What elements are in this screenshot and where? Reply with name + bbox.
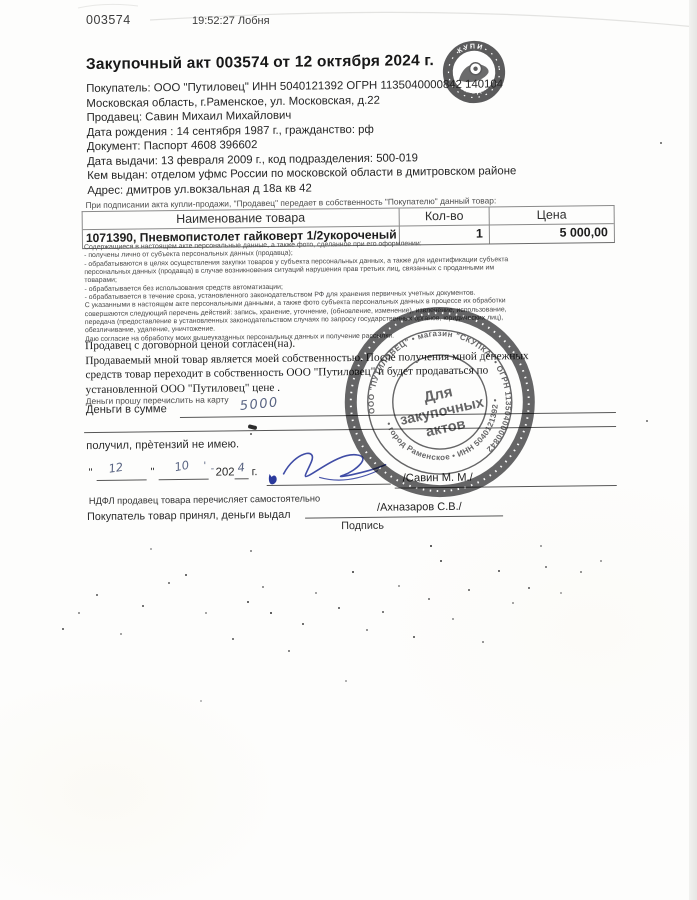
- quote-close: ": [151, 466, 155, 478]
- quote-open: ": [89, 467, 93, 479]
- month-underline: [159, 479, 209, 481]
- year-suffix: г.: [252, 466, 258, 478]
- pen-tick-1: ': [203, 461, 206, 472]
- ownership-line-3: установленной ООО "Путиловец" цене .: [86, 381, 281, 395]
- buyer-signature-line: [305, 515, 503, 518]
- received-line: получил, прѐтензий не имею.: [86, 438, 239, 452]
- passport-line: Документ: Паспорт 4608 396602: [87, 139, 258, 153]
- signature-caption: Подпись: [341, 520, 384, 532]
- page-edge-shadow: [689, 0, 697, 900]
- buyer-line: Покупатель: ООО "Путиловец" ИНН 50401213…: [86, 78, 503, 95]
- document-title: Закупочный акт 003574 от 12 октября 2024…: [86, 52, 434, 74]
- handwritten-year-digit: 4: [237, 460, 246, 475]
- birth-line: Дата рождения : 14 сентября 1987 г., гра…: [87, 123, 374, 138]
- issuer-line: Кем выдан: отделом уфмс России по москов…: [87, 165, 516, 182]
- ndfl-note: НДФЛ продавец товара перечисляет самосто…: [89, 493, 320, 506]
- document-body: Закупочный акт 003574 от 12 октября 2024…: [0, 0, 697, 900]
- header-name-col: Наименование товара: [83, 209, 399, 230]
- issue-date-line: Дата выдачи: 13 февраля 2009 г., код под…: [87, 152, 418, 168]
- year-underline: [235, 478, 249, 479]
- buyer-sign-name: /Ахназаров С.В./: [377, 501, 462, 514]
- seller-line: Продавец: Савин Михаил Михайлович: [86, 110, 291, 124]
- address-line: Адрес: дмитров ул.вокзальная д 18а кв 42: [87, 182, 312, 197]
- pen-tick-2: -: [210, 464, 214, 475]
- header-qty-col: Кол-во: [399, 207, 489, 225]
- scan-noise: [0, 0, 2, 2]
- header-price-col: Цена: [489, 206, 614, 224]
- day-underline: [97, 479, 147, 481]
- scanned-purchase-act: 003574 19:52:27 Лобня КУПИ ПРОДАЙ Закупо…: [0, 0, 697, 900]
- handwritten-sum: 5000: [239, 395, 279, 414]
- buyer-note: Покупатель товар принял, деньги выдал: [87, 509, 291, 523]
- buyer-address: Московская область, г.Раменское, ул. Мос…: [86, 94, 380, 109]
- handwritten-month: 10: [173, 458, 190, 474]
- ink-blot: [248, 424, 258, 429]
- sum-label: Деньги в сумме: [86, 403, 167, 416]
- handwritten-day: 12: [108, 460, 125, 476]
- price-agree-line: Продавец с договорной ценой согласен(на)…: [85, 338, 295, 352]
- purchase-stamp: ООО "ПУТИЛОВЕЦ" • магазин "СКУПКА" • ОГР…: [339, 301, 541, 503]
- year-prefix: 202: [216, 466, 235, 478]
